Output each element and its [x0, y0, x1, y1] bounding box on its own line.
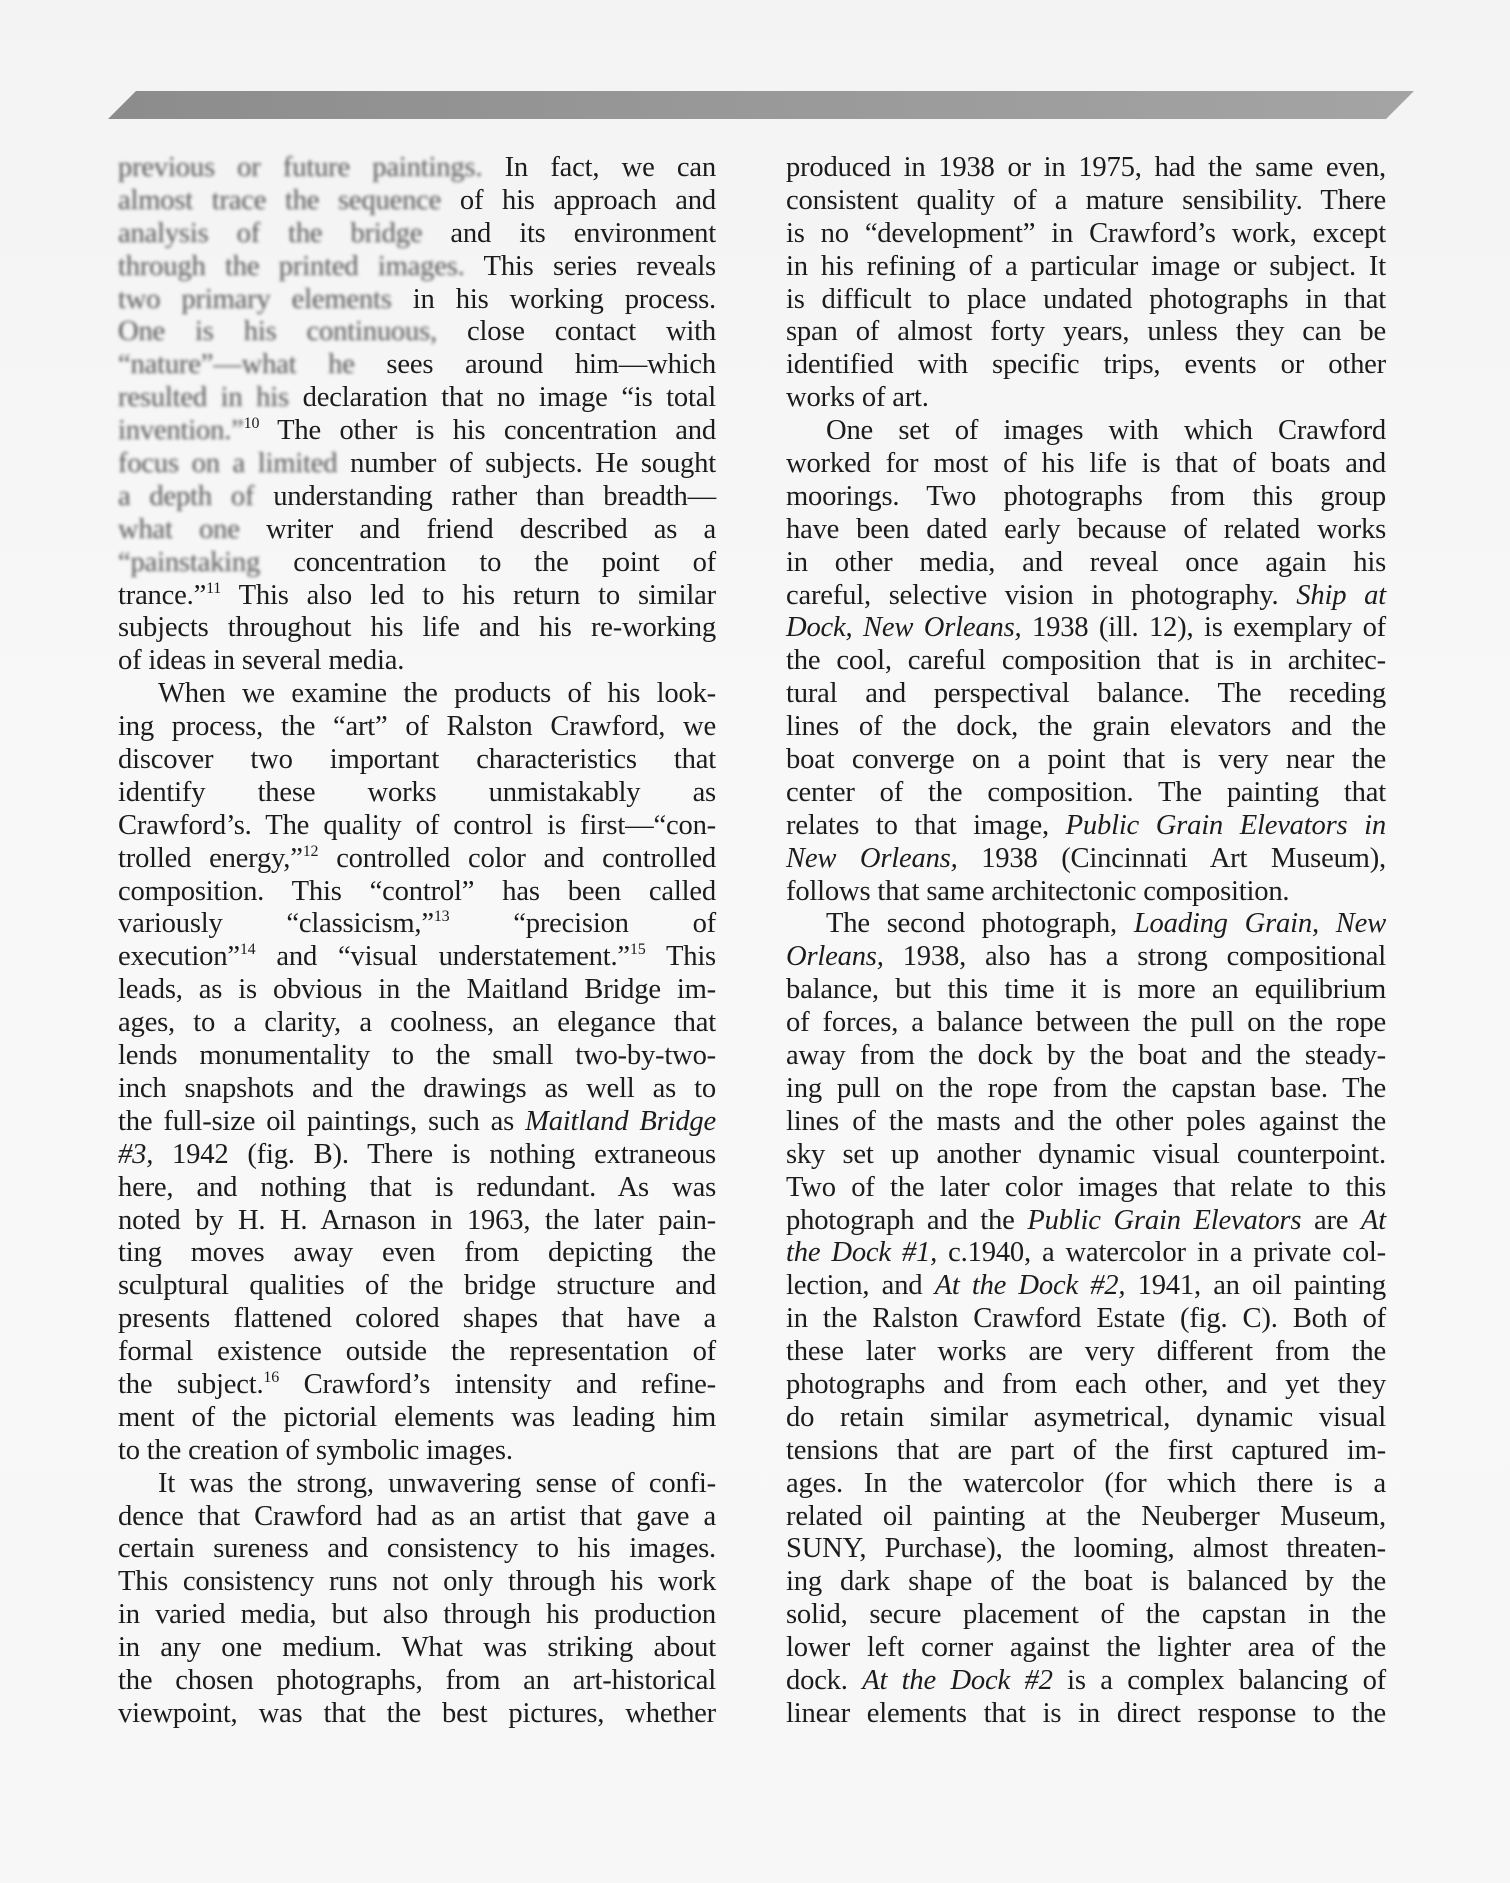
italic-title: At the Dock #2: [862, 1665, 1052, 1696]
text-line: relates to that image, Public Grain Elev…: [786, 810, 1386, 843]
line-text: is no “development” in Crawford’s work, …: [786, 218, 1386, 249]
text-line: SUNY, Purchase), the looming, almost thr…: [786, 1533, 1386, 1566]
line-text: and its environment: [422, 218, 716, 249]
blurred-text: “painstaking: [118, 547, 260, 578]
text-line: discover two important characteristics t…: [118, 744, 716, 777]
line-text: ing process, the “art” of Ralston Crawfo…: [118, 711, 716, 742]
text-line: have been dated early because of related…: [786, 514, 1386, 547]
line-text: 1938 (Cincinnati Art Museum),: [958, 843, 1386, 874]
text-line: “nature”—what he sees around him—which: [118, 349, 716, 382]
footnote-ref: 13: [434, 908, 450, 925]
italic-title: Maitland Bridge: [525, 1106, 716, 1137]
text-line: “painstaking concentration to the point …: [118, 547, 716, 580]
line-text: sculptural qualities of the bridge struc…: [118, 1270, 716, 1301]
line-text: tensions that are part of the first capt…: [786, 1435, 1386, 1466]
line-text: composition. This “control” has been cal…: [118, 876, 716, 907]
text-line: analysis of the bridge and its environme…: [118, 218, 716, 251]
line-text: noted by H. H. Arnason in 1963, the late…: [118, 1205, 716, 1236]
text-line: tural and perspectival balance. The rece…: [786, 678, 1386, 711]
line-text: inch snapshots and the drawings as well …: [118, 1073, 716, 1104]
line-text: c.1940, a watercolor in a private col-: [937, 1237, 1386, 1268]
text-line: resulted in his declaration that no imag…: [118, 382, 716, 415]
text-line: ing dark shape of the boat is balanced b…: [786, 1566, 1386, 1599]
text-line: related oil painting at the Neuberger Mu…: [786, 1501, 1386, 1534]
blurred-text: analysis of the bridge: [118, 218, 422, 249]
italic-title: At: [1361, 1205, 1386, 1236]
text-line: of ideas in several media.: [118, 645, 716, 678]
italic-title: At the Dock #2,: [935, 1270, 1126, 1301]
line-text: the full-size oil paintings, such as: [118, 1106, 525, 1137]
blurred-text: a depth of: [118, 481, 254, 512]
text-line: execution”14 and “visual understatement.…: [118, 941, 716, 974]
line-text: This series reveals: [465, 251, 716, 282]
text-line: Orleans, 1938, also has a strong composi…: [786, 941, 1386, 974]
text-line: lection, and At the Dock #2, 1941, an oi…: [786, 1270, 1386, 1303]
text-line: ing pull on the rope from the capstan ba…: [786, 1073, 1386, 1106]
blurred-text: what one: [118, 514, 240, 545]
blurred-text: One is his continuous,: [118, 316, 437, 347]
blurred-text: “nature”—what he: [118, 349, 355, 380]
line-text: ages, to a clarity, a coolness, an elega…: [118, 1007, 716, 1038]
text-line: Two of the later color images that relat…: [786, 1172, 1386, 1205]
text-line: to the creation of symbolic images.: [118, 1435, 716, 1468]
line-text: of ideas in several media.: [118, 645, 404, 676]
text-line: two primary elements in his working proc…: [118, 284, 716, 317]
line-text: certain sureness and consistency to his …: [118, 1533, 716, 1564]
text-line: ting moves away even from depicting the: [118, 1237, 716, 1270]
italic-title: Public Grain Elevators in: [1066, 810, 1386, 841]
line-text: ing dark shape of the boat is balanced b…: [786, 1566, 1386, 1597]
line-text: balance, but this time it is more an equ…: [786, 974, 1386, 1005]
line-text: variously “classicism,”: [118, 908, 434, 939]
line-text: In fact, we can: [482, 152, 716, 183]
text-line: the cool, careful composition that is in…: [786, 645, 1386, 678]
text-line: formal existence outside the representat…: [118, 1336, 716, 1369]
line-text: This: [646, 941, 716, 972]
text-line: subjects throughout his life and his re-…: [118, 612, 716, 645]
text-line: One set of images with which Crawford: [786, 415, 1386, 448]
text-line: do retain similar asymetrical, dynamic v…: [786, 1402, 1386, 1435]
line-text: have been dated early because of related…: [786, 514, 1386, 545]
text-line: One is his continuous, close contact wit…: [118, 316, 716, 349]
line-text: careful, selective vision in photography…: [786, 580, 1296, 611]
line-text: ages. In the watercolor (for which there…: [786, 1468, 1386, 1499]
line-text: in varied media, but also through his pr…: [118, 1599, 716, 1630]
text-line: consistent quality of a mature sensibili…: [786, 185, 1386, 218]
line-text: follows that same architectonic composit…: [786, 876, 1289, 907]
text-line: previous or future paintings. In fact, w…: [118, 152, 716, 185]
text-line: the chosen photographs, from an art-hist…: [118, 1665, 716, 1698]
line-text: sees around him—which: [355, 349, 716, 380]
text-line: focus on a limited number of subjects. H…: [118, 448, 716, 481]
line-text: the subject.: [118, 1369, 263, 1400]
line-text: This consistency runs not only through h…: [118, 1566, 716, 1597]
text-line: The second photograph, Loading Grain, Ne…: [786, 908, 1386, 941]
text-line: solid, secure placement of the capstan i…: [786, 1599, 1386, 1632]
text-line: worked for most of his life is that of b…: [786, 448, 1386, 481]
text-line: It was the strong, unwavering sense of c…: [118, 1468, 716, 1501]
footnote-ref: 11: [206, 580, 221, 597]
line-text: in the Ralston Crawford Estate (fig. C).…: [786, 1303, 1386, 1334]
line-text: lection, and: [786, 1270, 935, 1301]
text-line: identify these works unmistakably as: [118, 777, 716, 810]
blurred-text: two primary elements: [118, 284, 392, 315]
line-text: lines of the masts and the other poles a…: [786, 1106, 1386, 1137]
footnote-ref: 14: [240, 941, 256, 958]
line-text: produced in 1938 or in 1975, had the sam…: [786, 152, 1386, 183]
line-text: identify these works unmistakably as: [118, 777, 716, 808]
line-text: the cool, careful composition that is in…: [786, 645, 1386, 676]
line-text: consistent quality of a mature sensibili…: [786, 185, 1386, 216]
line-text: is difficult to place undated photograph…: [786, 284, 1386, 315]
italic-title: Loading Grain, New: [1134, 908, 1386, 939]
footnote-ref: 12: [303, 843, 319, 860]
text-line: lends monumentality to the small two-by-…: [118, 1040, 716, 1073]
text-line: is no “development” in Crawford’s work, …: [786, 218, 1386, 251]
text-line: moorings. Two photographs from this grou…: [786, 481, 1386, 514]
line-text: away from the dock by the boat and the s…: [786, 1040, 1386, 1071]
blurred-text: previous or future paintings.: [118, 152, 482, 183]
line-text: in other media, and reveal once again hi…: [786, 547, 1386, 578]
blurred-text: invention.”: [118, 415, 244, 446]
line-text: SUNY, Purchase), the looming, almost thr…: [786, 1533, 1386, 1564]
text-line: certain sureness and consistency to his …: [118, 1533, 716, 1566]
text-line: careful, selective vision in photography…: [786, 580, 1386, 613]
line-text: close contact with: [437, 316, 716, 347]
line-text: identified with specific trips, events o…: [786, 349, 1386, 380]
text-line: Dock, New Orleans, 1938 (ill. 12), is ex…: [786, 612, 1386, 645]
text-line: sculptural qualities of the bridge struc…: [118, 1270, 716, 1303]
line-text: trolled energy,”: [118, 843, 303, 874]
line-text: dence that Crawford had as an artist tha…: [118, 1501, 716, 1532]
line-text: are: [1301, 1205, 1361, 1236]
line-text: subjects throughout his life and his re-…: [118, 612, 716, 643]
text-line: these later works are very different fro…: [786, 1336, 1386, 1369]
line-text: The second photograph,: [826, 908, 1134, 939]
italic-title: #3,: [118, 1139, 153, 1170]
line-text: 1941, an oil painting: [1125, 1270, 1386, 1301]
text-line: ages, to a clarity, a coolness, an elega…: [118, 1007, 716, 1040]
line-text: This also led to his return to similar: [221, 580, 716, 611]
line-text: controlled color and controlled: [318, 843, 716, 874]
line-text: to the creation of symbolic images.: [118, 1435, 513, 1466]
text-line: presents flattened colored shapes that h…: [118, 1303, 716, 1336]
line-text: lends monumentality to the small two-by-…: [118, 1040, 716, 1071]
line-text: leads, as is obvious in the Maitland Bri…: [118, 974, 716, 1005]
text-line: leads, as is obvious in the Maitland Bri…: [118, 974, 716, 1007]
text-line: in the Ralston Crawford Estate (fig. C).…: [786, 1303, 1386, 1336]
text-line: ages. In the watercolor (for which there…: [786, 1468, 1386, 1501]
text-line: the full-size oil paintings, such as Mai…: [118, 1106, 716, 1139]
text-line: inch snapshots and the drawings as well …: [118, 1073, 716, 1106]
italic-title: the Dock #1,: [786, 1237, 937, 1268]
line-text: Crawford’s intensity and refine-: [279, 1369, 716, 1400]
text-line: photograph and the Public Grain Elevator…: [786, 1205, 1386, 1238]
text-line: the Dock #1, c.1940, a watercolor in a p…: [786, 1237, 1386, 1270]
text-line: lower left corner against the lighter ar…: [786, 1632, 1386, 1665]
text-line: ment of the pictorial elements was leadi…: [118, 1402, 716, 1435]
line-text: center of the composition. The painting …: [786, 777, 1386, 808]
line-text: span of almost forty years, unless they …: [786, 316, 1386, 347]
line-text: declaration that no image “is total: [289, 382, 716, 413]
text-line: viewpoint, was that the best pictures, w…: [118, 1698, 716, 1731]
line-text: writer and friend described as a: [240, 514, 716, 545]
text-line: boat converge on a point that is very ne…: [786, 744, 1386, 777]
text-line: in his refining of a particular image or…: [786, 251, 1386, 284]
text-line: produced in 1938 or in 1975, had the sam…: [786, 152, 1386, 185]
line-text: Two of the later color images that relat…: [786, 1172, 1386, 1203]
blurred-text: resulted in his: [118, 382, 289, 413]
right-text-column: produced in 1938 or in 1975, had the sam…: [786, 152, 1386, 1731]
text-line: trolled energy,”12 controlled color and …: [118, 843, 716, 876]
text-line: through the printed images. This series …: [118, 251, 716, 284]
line-text: in any one medium. What was striking abo…: [118, 1632, 716, 1663]
blurred-text: focus on a limited: [118, 448, 337, 479]
line-text: formal existence outside the representat…: [118, 1336, 716, 1367]
italic-title: Orleans,: [786, 941, 884, 972]
line-text: boat converge on a point that is very ne…: [786, 744, 1386, 775]
blurred-text: almost trace the sequence: [118, 185, 441, 216]
text-line: a depth of understanding rather than bre…: [118, 481, 716, 514]
header-decorative-band: [108, 91, 1414, 119]
text-line: works of art.: [786, 382, 1386, 415]
line-text: these later works are very different fro…: [786, 1336, 1386, 1367]
line-text: One set of images with which Crawford: [826, 415, 1386, 446]
italic-title: Ship at: [1296, 580, 1386, 611]
line-text: moorings. Two photographs from this grou…: [786, 481, 1386, 512]
line-text: linear elements that is in direct respon…: [786, 1698, 1386, 1729]
band-shape: [108, 91, 1414, 119]
line-text: of forces, a balance between the pull on…: [786, 1007, 1386, 1038]
text-line: is difficult to place undated photograph…: [786, 284, 1386, 317]
text-line: New Orleans, 1938 (Cincinnati Art Museum…: [786, 843, 1386, 876]
line-text: lower left corner against the lighter ar…: [786, 1632, 1386, 1663]
line-text: lines of the dock, the grain elevators a…: [786, 711, 1386, 742]
line-text: concentration to the point of: [260, 547, 716, 578]
line-text: ing pull on the rope from the capstan ba…: [786, 1073, 1386, 1104]
text-line: trance.”11 This also led to his return t…: [118, 580, 716, 613]
text-line: span of almost forty years, unless they …: [786, 316, 1386, 349]
line-text: tural and perspectival balance. The rece…: [786, 678, 1386, 709]
text-line: invention.”10 The other is his concentra…: [118, 415, 716, 448]
left-text-column: previous or future paintings. In fact, w…: [118, 152, 716, 1731]
line-text: It was the strong, unwavering sense of c…: [158, 1468, 716, 1499]
text-line: follows that same architectonic composit…: [786, 876, 1386, 909]
footnote-ref: 10: [244, 415, 260, 432]
line-text: of his approach and: [441, 185, 716, 216]
text-line: variously “classicism,”13 “precision of: [118, 908, 716, 941]
footnote-ref: 15: [630, 941, 646, 958]
text-line: of forces, a balance between the pull on…: [786, 1007, 1386, 1040]
text-line: Crawford’s. The quality of control is fi…: [118, 810, 716, 843]
italic-title: Public Grain Elevators: [1027, 1205, 1301, 1236]
text-line: identified with specific trips, events o…: [786, 349, 1386, 382]
line-text: photographs and from each other, and yet…: [786, 1369, 1386, 1400]
line-text: “precision of: [449, 908, 716, 939]
line-text: solid, secure placement of the capstan i…: [786, 1599, 1386, 1630]
text-line: dock. At the Dock #2 is a complex balanc…: [786, 1665, 1386, 1698]
line-text: here, and nothing that is redundant. As …: [118, 1172, 716, 1203]
line-text: the chosen photographs, from an art-hist…: [118, 1665, 716, 1696]
line-text: dock.: [786, 1665, 862, 1696]
text-line: in varied media, but also through his pr…: [118, 1599, 716, 1632]
line-text: number of subjects. He sought: [337, 448, 716, 479]
line-text: 1938 (ill. 12), is exemplary of: [1021, 612, 1386, 643]
footnote-ref: 16: [263, 1369, 279, 1386]
line-text: ment of the pictorial elements was leadi…: [118, 1402, 716, 1433]
text-line: in any one medium. What was striking abo…: [118, 1632, 716, 1665]
text-line: #3, 1942 (fig. B). There is nothing extr…: [118, 1139, 716, 1172]
text-line: almost trace the sequence of his approac…: [118, 185, 716, 218]
line-text: trance.”: [118, 580, 206, 611]
line-text: ting moves away even from depicting the: [118, 1237, 716, 1268]
line-text: photograph and the: [786, 1205, 1027, 1236]
text-line: When we examine the products of his look…: [118, 678, 716, 711]
line-text: Crawford’s. The quality of control is fi…: [118, 810, 716, 841]
text-line: ing process, the “art” of Ralston Crawfo…: [118, 711, 716, 744]
text-line: tensions that are part of the first capt…: [786, 1435, 1386, 1468]
line-text: 1942 (fig. B). There is nothing extraneo…: [153, 1139, 716, 1170]
text-line: noted by H. H. Arnason in 1963, the late…: [118, 1205, 716, 1238]
line-text: is a complex balancing of: [1053, 1665, 1386, 1696]
text-line: in other media, and reveal once again hi…: [786, 547, 1386, 580]
text-line: away from the dock by the boat and the s…: [786, 1040, 1386, 1073]
text-line: what one writer and friend described as …: [118, 514, 716, 547]
text-line: linear elements that is in direct respon…: [786, 1698, 1386, 1731]
text-line: sky set up another dynamic visual counte…: [786, 1139, 1386, 1172]
line-text: relates to that image,: [786, 810, 1066, 841]
blurred-text: through the printed images.: [118, 251, 465, 282]
italic-title: Dock, New Orleans,: [786, 612, 1021, 643]
text-line: composition. This “control” has been cal…: [118, 876, 716, 909]
line-text: in his refining of a particular image or…: [786, 251, 1386, 282]
line-text: understanding rather than breadth—: [254, 481, 716, 512]
line-text: presents flattened colored shapes that h…: [118, 1303, 716, 1334]
line-text: in his working process.: [392, 284, 716, 315]
line-text: When we examine the products of his look…: [158, 678, 716, 709]
text-line: This consistency runs not only through h…: [118, 1566, 716, 1599]
line-text: sky set up another dynamic visual counte…: [786, 1139, 1386, 1170]
line-text: works of art.: [786, 382, 929, 413]
line-text: worked for most of his life is that of b…: [786, 448, 1386, 479]
text-line: lines of the masts and the other poles a…: [786, 1106, 1386, 1139]
text-line: center of the composition. The painting …: [786, 777, 1386, 810]
text-line: here, and nothing that is redundant. As …: [118, 1172, 716, 1205]
italic-title: New Orleans,: [786, 843, 958, 874]
line-text: do retain similar asymetrical, dynamic v…: [786, 1402, 1386, 1433]
line-text: The other is his concentration and: [259, 415, 716, 446]
line-text: related oil painting at the Neuberger Mu…: [786, 1501, 1386, 1532]
text-line: dence that Crawford had as an artist tha…: [118, 1501, 716, 1534]
text-line: lines of the dock, the grain elevators a…: [786, 711, 1386, 744]
line-text: viewpoint, was that the best pictures, w…: [118, 1698, 716, 1729]
line-text: discover two important characteristics t…: [118, 744, 716, 775]
text-line: photographs and from each other, and yet…: [786, 1369, 1386, 1402]
line-text: execution”: [118, 941, 240, 972]
text-line: balance, but this time it is more an equ…: [786, 974, 1386, 1007]
line-text: and “visual understatement.”: [255, 941, 629, 972]
text-line: the subject.16 Crawford’s intensity and …: [118, 1369, 716, 1402]
line-text: 1938, also has a strong compositional: [884, 941, 1386, 972]
